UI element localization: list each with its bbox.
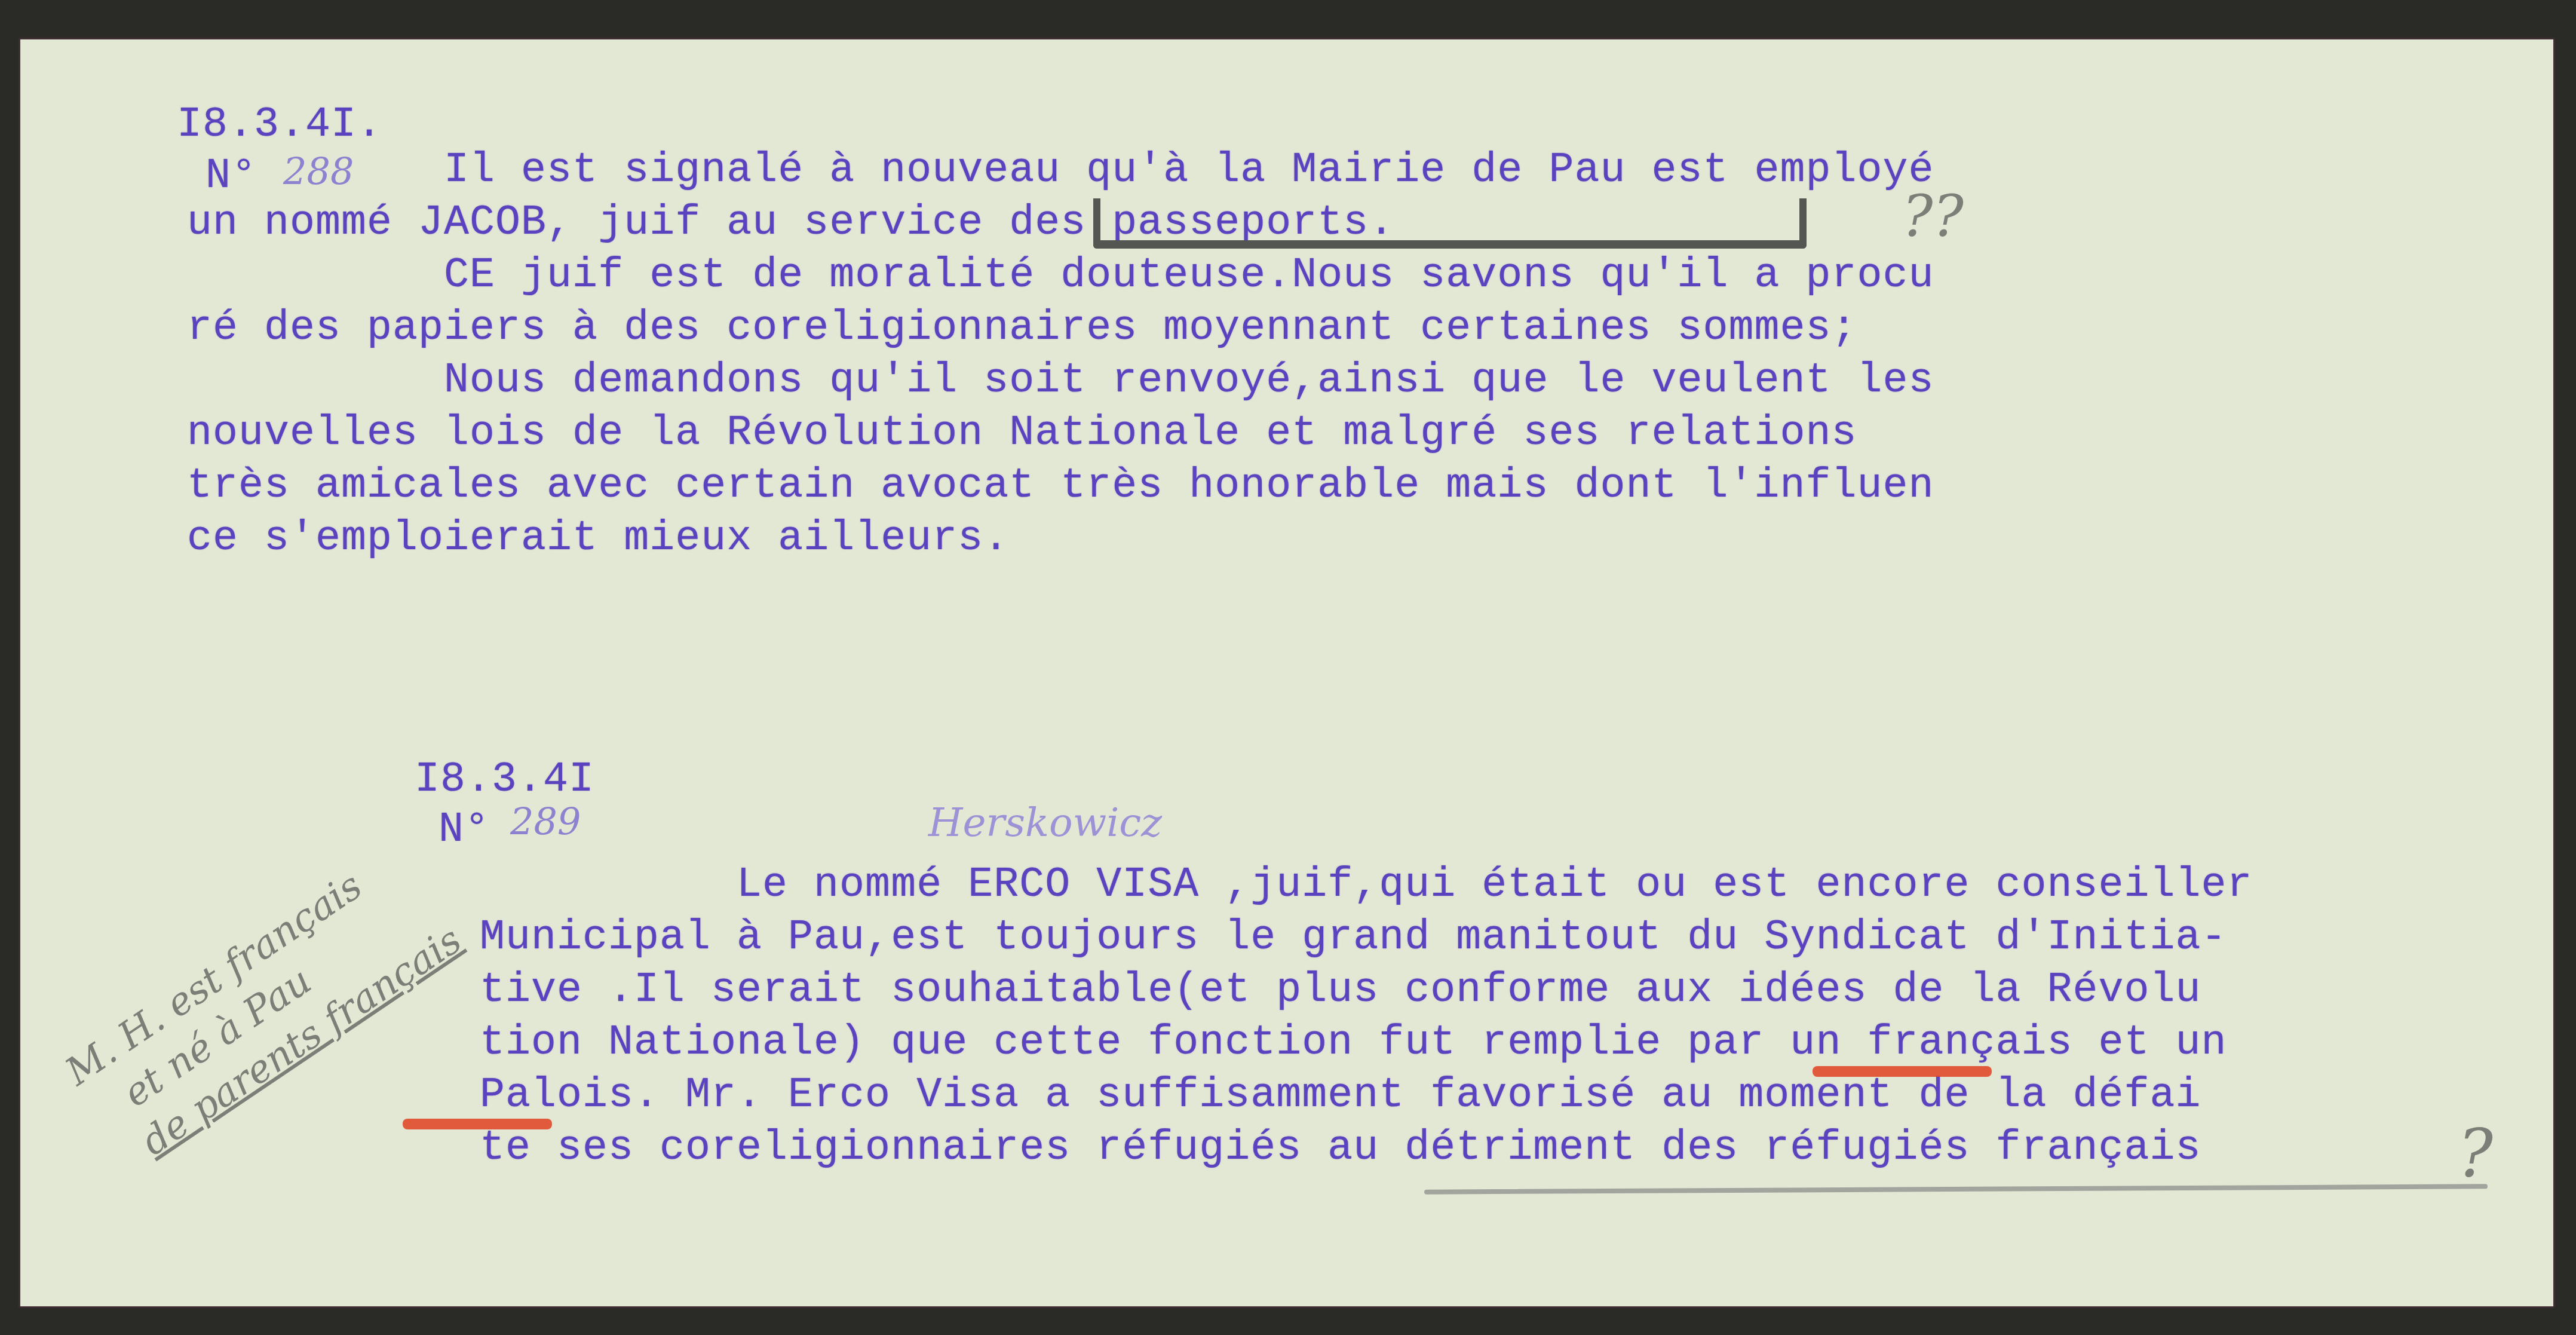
red-underline-francais <box>1813 1066 1992 1077</box>
handwritten-name-annotation: Herskowicz <box>928 800 1162 846</box>
entry-2-number-label: N° <box>438 804 490 857</box>
red-underline-palois <box>403 1119 552 1129</box>
entry-2-line: tive .Il serait souhaitable(et plus conf… <box>403 964 2201 1017</box>
document-page: I8.3.4I. N° 288 Il est signalé à nouveau… <box>20 39 2553 1306</box>
question-marks-annotation: ?? <box>1902 183 1964 250</box>
entry-1-line: Il est signalé à nouveau qu'à la Mairie … <box>110 145 1934 197</box>
entry-2-date: I8.3.4I <box>415 754 594 807</box>
entry-1-line: Nous demandons qu'il soit renvoyé,ainsi … <box>110 355 1934 408</box>
entry-1-line: CE juif est de moralité douteuse.Nous sa… <box>110 250 1934 302</box>
entry-1-line: ré des papiers à des coreligionnaires mo… <box>110 302 1857 355</box>
entry-2-line: Le nommé ERCO VISA ,juif,qui était ou es… <box>403 859 2253 912</box>
margin-note: M. H. est français et né à Pau de parent… <box>56 846 451 1180</box>
entry-2-line: te ses coreligionnaires réfugiés au détr… <box>403 1122 2201 1175</box>
entry-2-number-handwritten: 289 <box>510 800 581 843</box>
pencil-bracket-annotation <box>1093 198 1807 249</box>
entry-2-line: Palois. Mr. Erco Visa a suffisamment fav… <box>403 1070 2201 1122</box>
question-mark-annotation: ? <box>2458 1115 2493 1192</box>
pencil-rule <box>1424 1184 2488 1194</box>
entry-1-line: ce s'emploierait mieux ailleurs. <box>110 513 1009 565</box>
entry-2-line: tion Nationale) que cette fonction fut r… <box>403 1017 2227 1070</box>
entry-1-line: très amicales avec certain avocat très h… <box>110 460 1934 513</box>
entry-2-line: Municipal à Pau,est toujours le grand ma… <box>403 912 2227 964</box>
entry-1-date: I8.3.4I. <box>177 99 382 152</box>
entry-1-line: nouvelles lois de la Révolution National… <box>110 408 1857 460</box>
